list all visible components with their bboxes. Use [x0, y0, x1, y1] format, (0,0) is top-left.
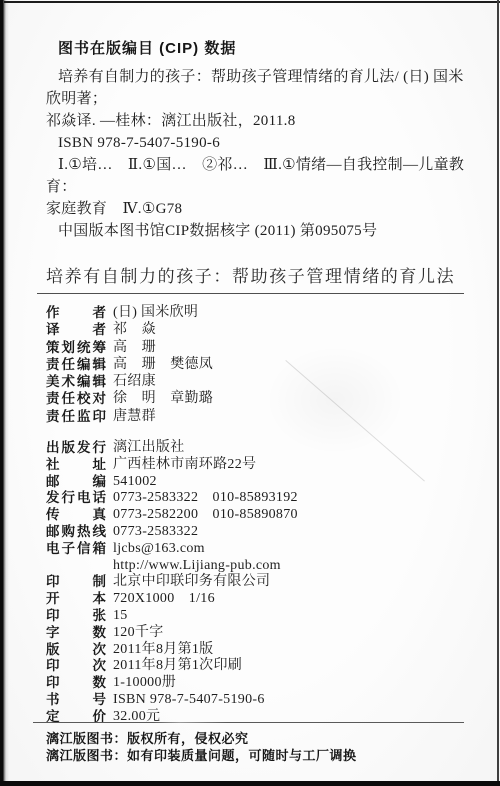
row-value: 2011年8月第1版 — [113, 642, 213, 659]
book-title: 培养有自制力的孩子：帮助孩子管理情绪的育儿法 — [46, 262, 464, 287]
colophon-row: 发行电话0773-2583322 010-85893192 — [46, 490, 298, 507]
cip-line: 中国版本图书馆CIP数据核字 (2011) 第095075号 — [46, 220, 474, 242]
colophon-row: 开 本720X1000 1/16 — [46, 591, 298, 608]
colophon-row: 邮 编541002 — [46, 474, 298, 491]
row-label: 印 数 — [46, 675, 106, 692]
row-label: 邮 编 — [46, 474, 106, 491]
colophon-row: 译 者祁 焱 — [46, 321, 213, 338]
row-label: 印 制 — [46, 574, 106, 591]
colophon-row: 书 号ISBN 978-7-5407-5190-6 — [46, 692, 298, 709]
row-label: 印 张 — [46, 608, 106, 625]
cip-line: ISBN 978-7-5407-5190-6 — [46, 132, 474, 154]
row-label: 策划统筹 — [46, 339, 106, 356]
publisher-info-list: 出版发行漓江出版社社 址广西桂林市南环路22号邮 编541002发行电话0773… — [46, 440, 298, 726]
row-label: 定 价 — [46, 709, 106, 726]
row-value: 15 — [113, 608, 128, 625]
cip-lines: 培养有自制力的孩子：帮助孩子管理情绪的育儿法/ (日) 国米欣明著；祁焱译. —… — [46, 66, 474, 242]
row-value: (日) 国米欣明 — [113, 304, 198, 321]
row-label: 译 者 — [46, 321, 106, 338]
row-value: 广西桂林市南环路22号 — [113, 457, 256, 474]
copyright-notices: 漓江版图书：版权所有，侵权必究漓江版图书：如有印装质量问题，可随时与工厂调换 — [46, 731, 357, 764]
row-label: 美术编辑 — [46, 373, 106, 390]
row-value: http://www.Lijiang-pub.com — [113, 558, 281, 575]
cip-line: 培养有自制力的孩子：帮助孩子管理情绪的育儿法/ (日) 国米欣明著； — [46, 66, 474, 110]
row-label: 书 号 — [46, 692, 106, 709]
row-value: 高 珊 — [113, 339, 156, 356]
colophon-row: 策划统筹高 珊 — [46, 339, 213, 356]
row-label: 社 址 — [46, 457, 106, 474]
row-label: 传 真 — [46, 507, 106, 524]
row-value: 祁 焱 — [113, 321, 156, 338]
colophon-row: 社 址广西桂林市南环路22号 — [46, 457, 298, 474]
colophon-row: 印 数1-10000册 — [46, 675, 298, 692]
row-label: 出版发行 — [46, 440, 106, 457]
book-title-block: 培养有自制力的孩子：帮助孩子管理情绪的育儿法 — [37, 262, 464, 294]
colophon-row: 美术编辑石绍康 — [46, 373, 213, 390]
colophon-row: 印 次2011年8月第1次印刷 — [46, 658, 298, 675]
colophon-row: 版 次2011年8月第1版 — [46, 642, 298, 659]
row-value: 32.00元 — [113, 709, 160, 726]
cip-line: 家庭教育 Ⅳ.①G78 — [46, 198, 474, 220]
staff-credits-list: 作 者(日) 国米欣明译 者祁 焱策划统筹高 珊责任编辑高 珊 樊德凤美术编辑石… — [46, 304, 213, 425]
row-label: 印 次 — [46, 658, 106, 675]
scan-edge-bottom — [0, 781, 500, 786]
row-value: 1-10000册 — [113, 675, 176, 692]
row-label: 电子信箱 — [46, 541, 106, 558]
row-value: ISBN 978-7-5407-5190-6 — [113, 692, 265, 709]
notice-line: 漓江版图书：版权所有，侵权必究 — [46, 731, 357, 748]
row-value: 漓江出版社 — [113, 440, 185, 457]
row-label: 邮购热线 — [46, 524, 106, 541]
colophon-row: 责任编辑高 珊 樊德凤 — [46, 356, 213, 373]
row-label — [46, 558, 106, 575]
row-value: 唐慧群 — [113, 408, 156, 425]
row-label: 作 者 — [46, 304, 106, 321]
row-label: 责任监印 — [46, 408, 106, 425]
row-label: 字 数 — [46, 625, 106, 642]
colophon-row: 字 数120千字 — [46, 625, 298, 642]
row-value: 720X1000 1/16 — [113, 591, 215, 608]
row-label: 版 次 — [46, 642, 106, 659]
colophon-row: http://www.Lijiang-pub.com — [46, 558, 298, 575]
book-copyright-page: 图书在版编目 (CIP) 数据 培养有自制力的孩子：帮助孩子管理情绪的育儿法/ … — [0, 0, 500, 786]
row-value: ljcbs@163.com — [113, 541, 205, 558]
row-value: 北京中印联印务有限公司 — [113, 574, 270, 591]
row-value: 541002 — [113, 474, 157, 491]
colophon-row: 定 价32.00元 — [46, 709, 298, 726]
colophon-row: 印 张15 — [46, 608, 298, 625]
colophon-row: 电子信箱ljcbs@163.com — [46, 541, 298, 558]
scan-edge-top — [4, 1, 500, 3]
bottom-divider — [33, 722, 464, 723]
colophon-row: 责任校对徐 明 章勤璐 — [46, 390, 213, 407]
row-label: 责任校对 — [46, 390, 106, 407]
row-label: 开 本 — [46, 591, 106, 608]
colophon-row: 邮购热线0773-2583322 — [46, 524, 298, 541]
scan-edge-left — [0, 0, 9, 786]
cip-line: 祁焱译. —桂林：漓江出版社，2011.8 — [46, 110, 474, 132]
row-value: 高 珊 樊德凤 — [113, 356, 213, 373]
row-value: 徐 明 章勤璐 — [113, 390, 213, 407]
cip-heading: 图书在版编目 (CIP) 数据 — [58, 37, 474, 58]
notice-line: 漓江版图书：如有印装质量问题，可随时与工厂调换 — [46, 748, 357, 765]
colophon-row: 印 制北京中印联印务有限公司 — [46, 574, 298, 591]
colophon-row: 责任监印唐慧群 — [46, 408, 213, 425]
cip-line: Ⅰ.①培… Ⅱ.①国… ②祁… Ⅲ.①情绪—自我控制—儿童教育： — [46, 154, 474, 198]
row-label: 责任编辑 — [46, 356, 106, 373]
row-value: 2011年8月第1次印刷 — [113, 658, 242, 675]
row-value: 0773-2583322 010-85893192 — [113, 490, 298, 507]
row-label: 发行电话 — [46, 490, 106, 507]
row-value: 石绍康 — [113, 373, 156, 390]
row-value: 0773-2583322 — [113, 524, 198, 541]
row-value: 0773-2582200 010-85890870 — [113, 507, 298, 524]
colophon-row: 作 者(日) 国米欣明 — [46, 304, 213, 321]
cip-section: 图书在版编目 (CIP) 数据 培养有自制力的孩子：帮助孩子管理情绪的育儿法/ … — [46, 37, 474, 242]
row-value: 120千字 — [113, 625, 164, 642]
title-divider — [37, 293, 464, 294]
colophon-row: 出版发行漓江出版社 — [46, 440, 298, 457]
colophon-row: 传 真0773-2582200 010-85890870 — [46, 507, 298, 524]
scan-edge-right — [497, 0, 499, 786]
